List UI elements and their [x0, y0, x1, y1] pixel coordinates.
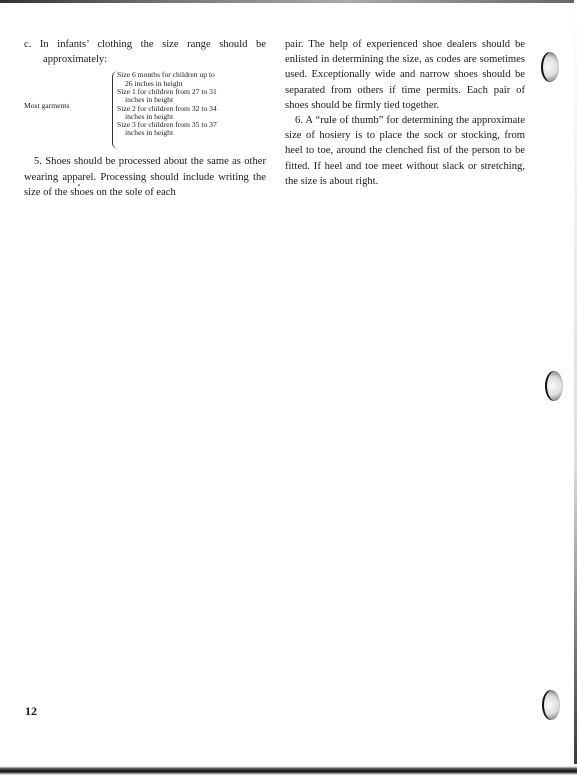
size-entry: Size 1 for children from 27 to 31 inches… — [117, 88, 267, 105]
page-number: 12 — [25, 704, 37, 719]
page-bottom-edge — [0, 764, 577, 775]
punch-hole-icon — [541, 52, 559, 82]
page-top-edge — [0, 0, 577, 3]
left-column: c. In infants’ clothing the size range s… — [24, 37, 266, 200]
item-5-paragraph: 5. Shoes should be processed about the s… — [24, 154, 266, 200]
item-c-paragraph: c. In infants’ clothing the size range s… — [24, 37, 266, 67]
punch-hole-icon — [545, 371, 563, 401]
scan-speck — [78, 184, 80, 186]
right-column: pair. The help of experienced shoe deale… — [285, 37, 525, 189]
size-list: Size 6 months for children up to 26 inch… — [117, 71, 267, 137]
size-entry: Size 2 for children from 32 to 34 inches… — [117, 105, 267, 122]
garments-label: Most garments — [24, 102, 69, 110]
size-entry: Size 3 for children from 35 to 37 inches… — [117, 121, 267, 138]
punch-hole-icon — [542, 690, 560, 720]
garment-size-table: Most garments Size 6 months for children… — [24, 71, 266, 151]
item-5-continuation: pair. The help of experienced shoe deale… — [285, 37, 525, 113]
item-6-paragraph: 6. A “rule of thumb” for determining the… — [285, 113, 525, 189]
size-entry: Size 6 months for children up to 26 inch… — [117, 71, 267, 88]
